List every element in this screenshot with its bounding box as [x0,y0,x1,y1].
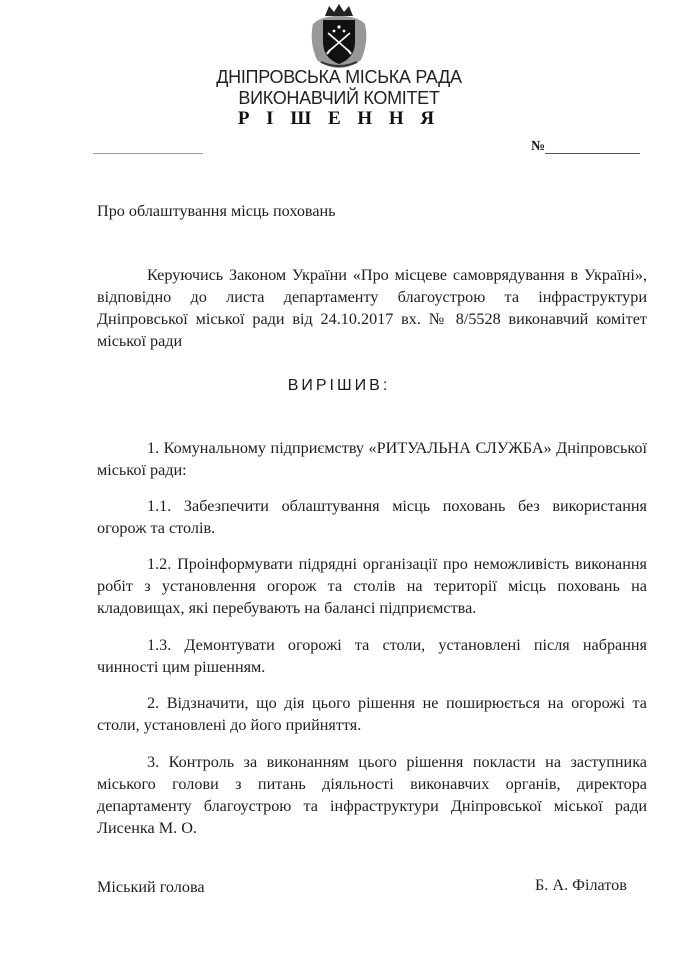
committee-name: ВИКОНАВЧИЙ КОМІТЕТ [0,88,678,109]
clause-1: 1. Комунальному підприємству «РИТУАЛЬНА … [97,437,647,481]
clause-2: 2. Відзначити, що дія цього рішення не п… [97,692,647,736]
document-subject: Про облаштування місць поховань [97,200,336,222]
council-name: ДНІПРОВСЬКА МІСЬКА РАДА [0,67,678,88]
clause-1-2: 1.2. Проінформувати підрядні організації… [97,553,647,619]
number-blank-line [545,153,640,154]
city-coat-of-arms-icon [307,2,371,70]
clause-1-1: 1.1. Забезпечити облаштування місць похо… [97,495,647,539]
number-label: № [531,139,545,155]
signatory-name: Б. А. Філатов [535,874,627,896]
resolved-heading: ВИРІШИВ: [0,377,678,395]
preamble-paragraph: Керуючись Законом України «Про місцеве с… [97,264,647,352]
clause-1-3: 1.3. Демонтувати огорожі та столи, устан… [97,634,647,678]
document-type-title: Р І Ш Е Н Н Я [0,108,678,130]
date-blank-line [93,153,203,154]
clause-3: 3. Контроль за виконанням цього рішення … [97,751,647,839]
signatory-title: Міський голова [97,876,205,898]
